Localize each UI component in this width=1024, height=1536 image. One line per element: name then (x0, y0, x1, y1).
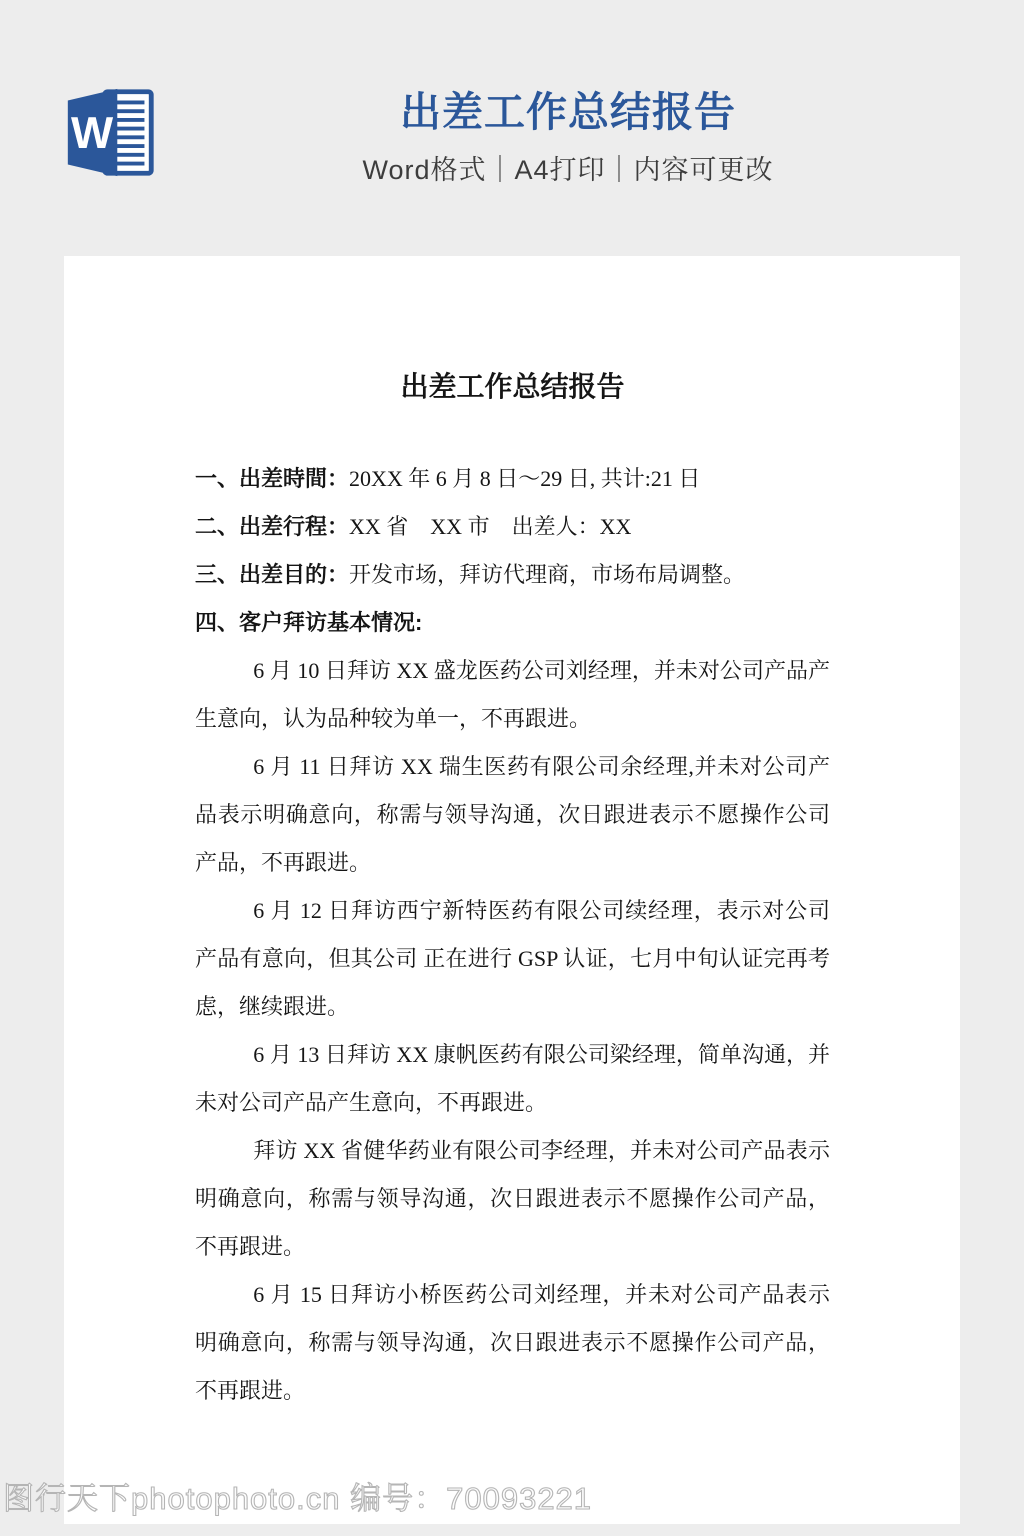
body-paragraph: 6 月 13 日拜访 XX 康帆医药有限公司梁经理，简单沟通，并未对公司产品产生… (195, 1031, 830, 1127)
section-label: 三、出差目的： (195, 562, 349, 587)
header-subtitle: Word格式｜A4打印｜内容可更改 (112, 148, 1024, 187)
svg-text:W: W (71, 109, 114, 158)
watermark: 图行天下photophoto.cn 编号：70093221 (3, 1480, 592, 1518)
section-line: 四、客户拜访基本情况: (195, 599, 830, 647)
header-textblock: 出差工作总结报告 Word格式｜A4打印｜内容可更改 (112, 88, 1024, 187)
document-paragraphs: 6 月 10 日拜访 XX 盛龙医药公司刘经理，并未对公司产品产生意向，认为品种… (195, 647, 830, 1415)
header-title: 出差工作总结报告 (112, 88, 1024, 137)
section-text: 20XX 年 6 月 8 日～29 日, 共计:21 日 (349, 466, 700, 491)
body-paragraph: 6 月 11 日拜访 XX 瑞生医药有限公司余经理,并未对公司产品表示明确意向，… (195, 743, 830, 887)
section-text: XX 省 XX 市 出差人：XX (349, 514, 631, 539)
section-line: 二、出差行程：XX 省 XX 市 出差人：XX (195, 503, 830, 551)
section-label: 二、出差行程： (195, 514, 349, 539)
document-sections: 一、出差時間：20XX 年 6 月 8 日～29 日, 共计:21 日二、出差行… (195, 455, 830, 647)
document-title: 出差工作总结报告 (195, 368, 830, 408)
section-label: 四、客户拜访基本情况: (195, 610, 422, 635)
body-paragraph: 拜访 XX 省健华药业有限公司李经理，并未对公司产品表示明确意向，称需与领导沟通… (195, 1127, 830, 1271)
section-text: 开发市场，拜访代理商，市场布局调整。 (349, 562, 745, 587)
section-label: 一、出差時間： (195, 466, 349, 491)
section-line: 一、出差時間：20XX 年 6 月 8 日～29 日, 共计:21 日 (195, 455, 830, 503)
document-page: 出差工作总结报告 一、出差時間：20XX 年 6 月 8 日～29 日, 共计:… (64, 256, 960, 1524)
section-line: 三、出差目的：开发市场，拜访代理商，市场布局调整。 (195, 551, 830, 599)
body-paragraph: 6 月 10 日拜访 XX 盛龙医药公司刘经理，并未对公司产品产生意向，认为品种… (195, 647, 830, 743)
body-paragraph: 6 月 15 日拜访小桥医药公司刘经理，并未对公司产品表示明确意向，称需与领导沟… (195, 1271, 830, 1415)
body-paragraph: 6 月 12 日拜访西宁新特医药有限公司续经理，表示对公司产品有意向，但其公司 … (195, 887, 830, 1031)
